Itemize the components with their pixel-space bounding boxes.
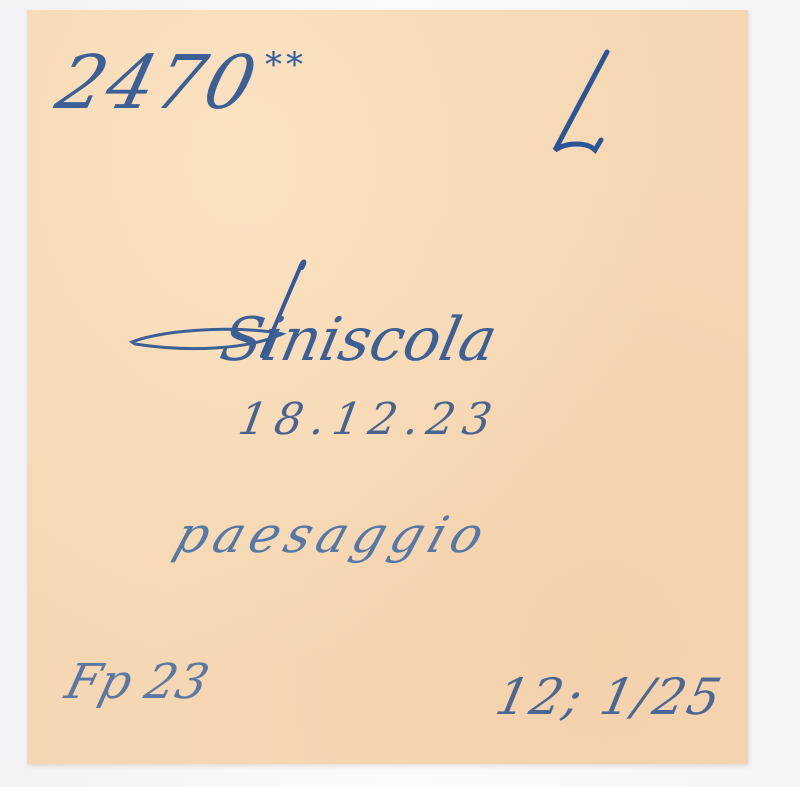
index-card: 2470 ** L Siniscola 18.12.23 paesaggio F… xyxy=(27,10,748,764)
place-name-text: Siniscola xyxy=(216,310,502,370)
date: 18.12.23 xyxy=(235,398,503,442)
place-name: Siniscola xyxy=(127,250,527,380)
letter-l-glyph xyxy=(537,50,617,170)
catalog-number: 2470 xyxy=(50,46,265,120)
subject: paesaggio xyxy=(169,510,496,560)
reference-left: Fp 23 xyxy=(61,658,213,706)
letter-mark: L xyxy=(537,50,617,170)
reference-right: 12; 1/25 xyxy=(492,672,727,722)
photo-background: 2470 ** L Siniscola 18.12.23 paesaggio F… xyxy=(0,0,800,787)
catalog-stars: ** xyxy=(265,48,307,82)
